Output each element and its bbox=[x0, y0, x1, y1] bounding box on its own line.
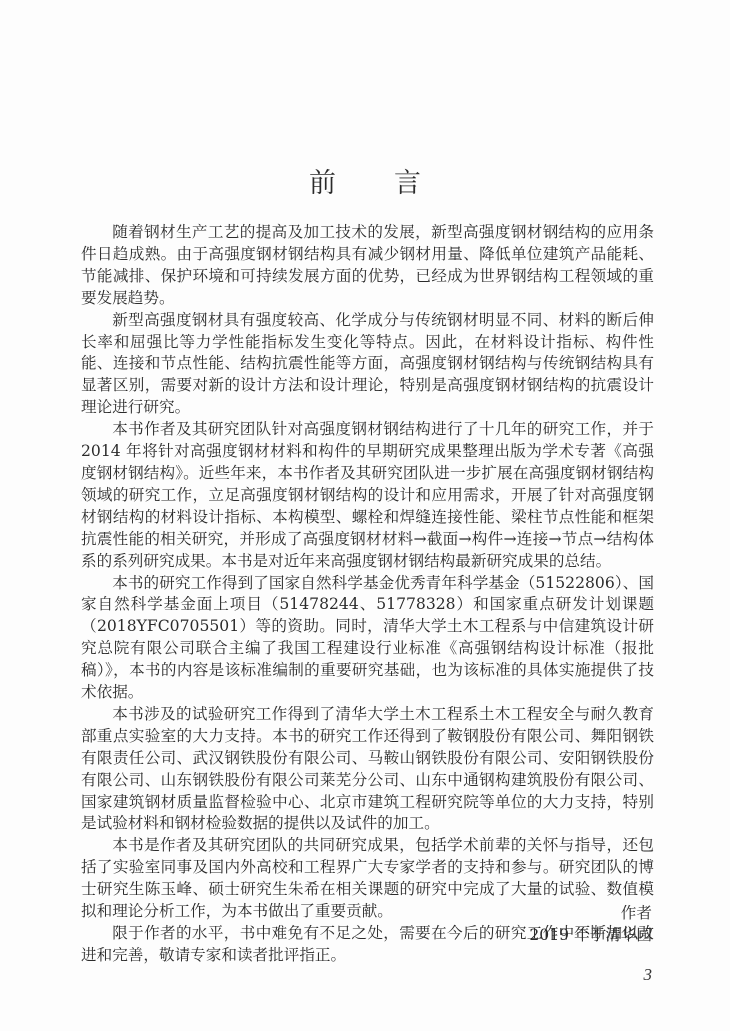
page-title: 前言 bbox=[0, 164, 730, 204]
preface-body: 随着钢材生产工艺的提高及加工技术的发展，新型高强度钢材钢结构的应用条件日趋成熟。… bbox=[81, 222, 654, 967]
signature-date-place: 2019 年于清华园 bbox=[529, 924, 652, 946]
paragraph-2: 新型高强度钢材具有强度较高、化学成分与传统钢材明显不同、材料的断后伸长率和屈强比… bbox=[81, 310, 654, 420]
signature-author: 作者 bbox=[529, 902, 652, 924]
paragraph-5: 本书涉及的试验研究工作得到了清华大学土木工程系土木工程安全与耐久教育部重点实验室… bbox=[81, 704, 654, 835]
paragraph-3: 本书作者及其研究团队针对高强度钢材钢结构进行了十几年的研究工作，并于 2014 … bbox=[81, 419, 654, 572]
paragraph-1: 随着钢材生产工艺的提高及加工技术的发展，新型高强度钢材钢结构的应用条件日趋成熟。… bbox=[81, 222, 654, 310]
paragraph-4: 本书的研究工作得到了国家自然科学基金优秀青年科学基金（51522806）、国家自… bbox=[81, 573, 654, 704]
page-number: 3 bbox=[644, 965, 653, 985]
signature-block: 作者 2019 年于清华园 bbox=[529, 902, 652, 946]
book-page: 前言 随着钢材生产工艺的提高及加工技术的发展，新型高强度钢材钢结构的应用条件日趋… bbox=[0, 0, 730, 1031]
